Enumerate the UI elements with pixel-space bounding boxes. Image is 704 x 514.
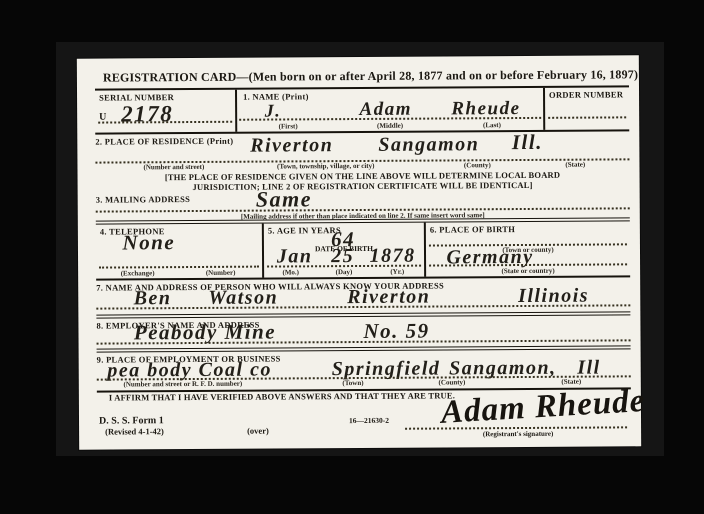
signature-sublabel: (Registrant's signature)	[405, 429, 631, 438]
first-sublabel: (First)	[237, 122, 339, 131]
name-first-value: J.	[265, 101, 282, 119]
day-sublabel: (Day)	[317, 268, 370, 276]
year-sublabel: (Yr.)	[371, 268, 424, 276]
order-dotted-line	[548, 116, 626, 118]
employment-county-sublabel: (County)	[439, 378, 466, 386]
contact-state-value: Illinois	[518, 286, 589, 306]
month-sublabel: (Mo.)	[264, 268, 317, 276]
contact-town-value: Riverton	[347, 287, 430, 308]
scanner-background: REGISTRATION CARD—(Men born on or after …	[0, 0, 704, 514]
place-of-birth-label: 6. PLACE OF BIRTH	[430, 223, 626, 234]
town-sublabel: (Town, township, village, or city)	[277, 162, 374, 171]
state-sublabel: (State)	[565, 161, 585, 169]
mailing-address-field: 3. MAILING ADDRESS Same [Mailing address…	[96, 189, 630, 224]
form-number: D. S. S. Form 1	[99, 415, 164, 426]
employment-street-sublabel: (Number and street or R. F. D. number)	[123, 380, 242, 389]
employer-field: 8. EMPLOYER'S NAME AND ADDRESS Peabody M…	[96, 315, 630, 352]
county-sublabel: (County)	[464, 161, 491, 169]
contact-dotted-line	[96, 304, 630, 309]
draft-registration-card: REGISTRATION CARD—(Men born on or after …	[77, 55, 641, 449]
age-field: 5. AGE IN YEARS 64 DATE OF BIRTH Jan 25 …	[264, 223, 426, 278]
residence-county-value: Sangamon	[378, 134, 479, 155]
serial-name-order-row: SERIAL NUMBER U 2178 1. NAME (Print) J. …	[95, 85, 629, 134]
employment-state-sublabel: (State)	[561, 378, 581, 386]
employment-field: 9. PLACE OF EMPLOYMENT OR BUSINESS pea b…	[97, 349, 631, 392]
name-sublabels: (First) (Middle) (Last)	[237, 121, 543, 131]
telephone-value: None	[122, 232, 175, 253]
print-code: 16—21630-2	[349, 416, 389, 425]
street-sublabel: (Number and street)	[143, 163, 204, 171]
dob-year-value: 1878	[370, 246, 416, 266]
residence-town-value: Riverton	[250, 135, 333, 156]
name-last-value: Rheude	[451, 99, 520, 118]
card-title: REGISTRATION CARD—(Men born on or after …	[103, 67, 629, 85]
card-footer: D. S. S. Form 1 (Revised 4-1-42) (over) …	[97, 400, 631, 447]
serial-dotted-line	[98, 121, 232, 124]
birth-state-sublabel: (State or country)	[426, 266, 630, 275]
telephone-age-birth-row: 4. TELEPHONE None (Exchange) (Number) 5.…	[96, 221, 630, 280]
exchange-sublabel: (Exchange)	[96, 269, 179, 278]
employer-name-value: Peabody Mine	[134, 322, 276, 344]
dob-month-value: Jan	[277, 246, 313, 266]
employment-town-sublabel: (Town)	[342, 379, 363, 387]
residence-label: 2. PLACE OF RESIDENCE (Print)	[95, 131, 629, 146]
form-revision: (Revised 4-1-42)	[105, 426, 164, 436]
last-sublabel: (Last)	[441, 121, 543, 130]
contact-first-value: Ben	[134, 288, 172, 308]
order-number-label: ORDER NUMBER	[549, 89, 625, 99]
over-note: (over)	[247, 426, 269, 436]
contact-person-field: 7. NAME AND ADDRESS OF PERSON WHO WILL A…	[96, 277, 630, 318]
dob-day-value: 25	[331, 246, 354, 266]
place-of-birth-field: 6. PLACE OF BIRTH (Town or county) Germa…	[426, 221, 630, 276]
signature-block: Adam Rheude (Registrant's signature)	[405, 400, 631, 441]
number-sublabel: (Number)	[179, 269, 262, 278]
mailing-address-label: 3. MAILING ADDRESS	[96, 189, 630, 204]
order-number-field: ORDER NUMBER	[545, 87, 629, 130]
name-middle-value: Adam	[359, 100, 412, 119]
residence-field: 2. PLACE OF RESIDENCE (Print) Riverton S…	[95, 131, 629, 172]
mailing-address-value: Same	[256, 188, 312, 210]
employer-number-value: No. 59	[363, 321, 429, 342]
middle-sublabel: (Middle)	[339, 121, 441, 130]
residence-state-value: Ill.	[512, 132, 543, 153]
contact-last-value: Watson	[208, 287, 278, 307]
name-field: 1. NAME (Print) J. Adam Rheude (First) (…	[237, 88, 545, 132]
serial-number-field: SERIAL NUMBER U 2178	[95, 90, 237, 133]
telephone-field: 4. TELEPHONE None (Exchange) (Number)	[96, 224, 264, 279]
telephone-sublabels: (Exchange) (Number)	[96, 269, 262, 278]
dob-sublabels: (Mo.) (Day) (Yr.)	[264, 268, 424, 277]
name-dotted-line	[239, 117, 541, 121]
